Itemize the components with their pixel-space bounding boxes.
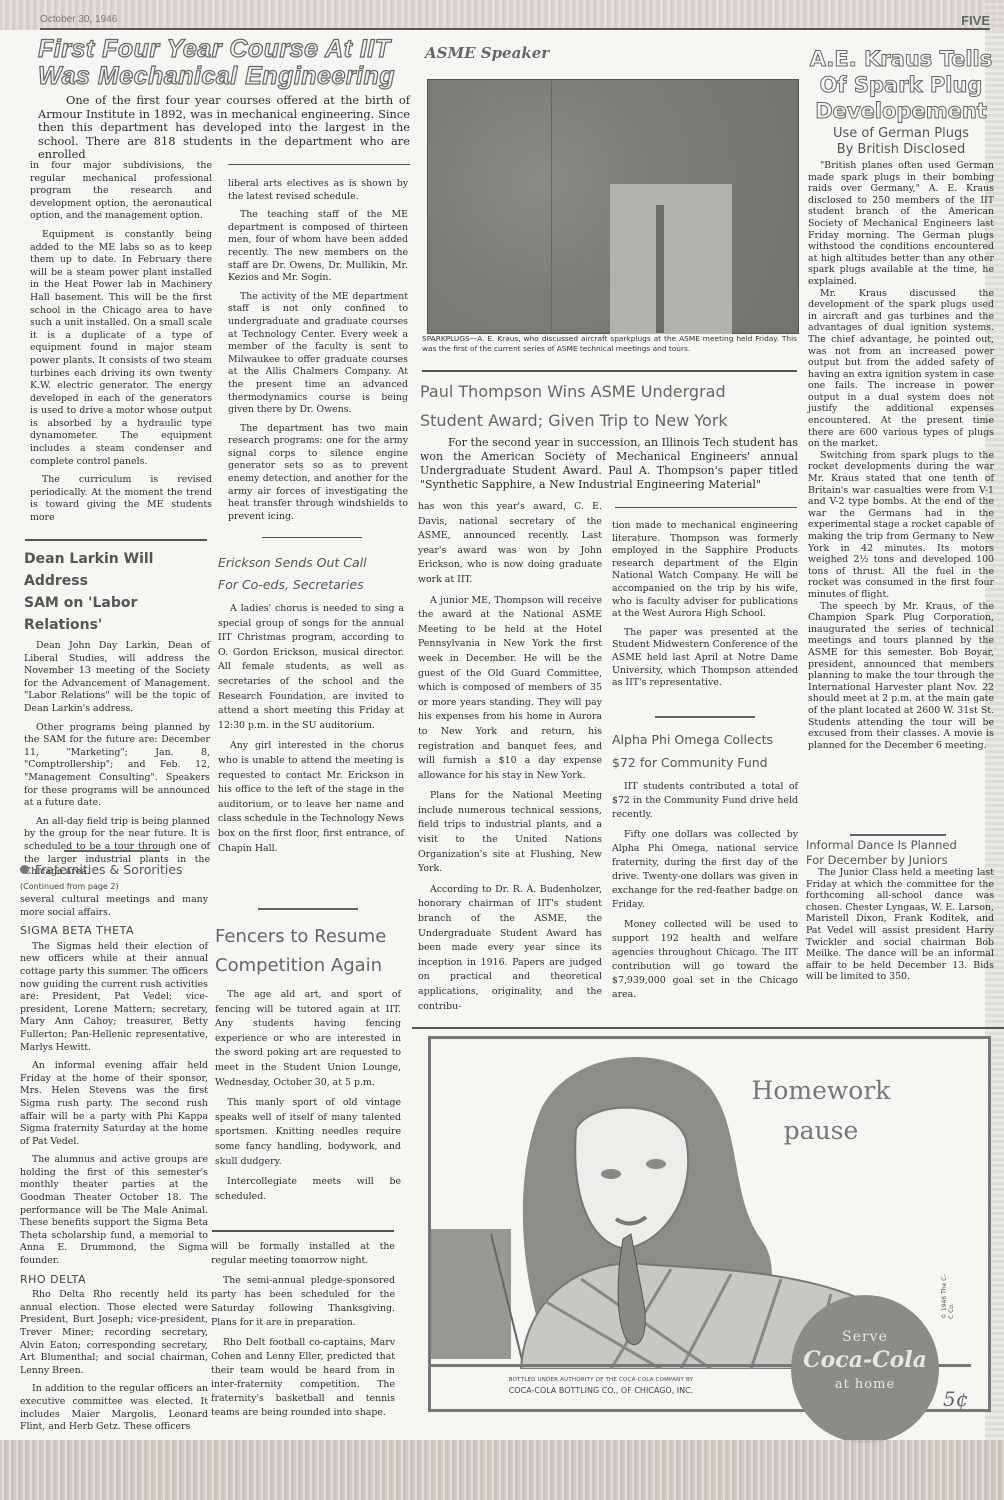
scan-edge-bottom bbox=[0, 1440, 1004, 1500]
paragraph: Mr. Kraus discussed the development of t… bbox=[808, 288, 994, 450]
photo-divider bbox=[551, 80, 552, 333]
folio-line: October 30, 1946 FIVE bbox=[40, 14, 990, 30]
headline-line: First Four Year Course At IIT bbox=[38, 36, 410, 63]
paragraph: Switching from spark plugs to the rocket… bbox=[808, 450, 994, 601]
sparkplug-shape bbox=[656, 205, 664, 333]
thompson-col1: has won this year's award, C. E. Davis, … bbox=[418, 500, 602, 1020]
paragraph: in four major subdivisions, the regular … bbox=[30, 160, 212, 223]
article-informal-dance: Informal Dance Is Planned For December b… bbox=[806, 838, 994, 989]
subheadline-line: By British Disclosed bbox=[808, 142, 994, 158]
paragraph: Money collected will be used to support … bbox=[612, 918, 798, 1002]
divider bbox=[412, 1027, 1004, 1029]
headline-line: SAM on 'Labor Relations' bbox=[24, 592, 210, 636]
article-dean-larkin: Dean Larkin Will Address SAM on 'Labor R… bbox=[24, 548, 210, 885]
divider bbox=[228, 164, 410, 165]
section-heading-sigma: SIGMA BETA THETA bbox=[20, 925, 208, 938]
coca-cola-advertisement: Homework pause Illustration of a young w… bbox=[428, 1036, 991, 1412]
photo-caption: SPARKPLUGS—A. E. Kraus, who discussed ai… bbox=[422, 334, 797, 353]
lead-paragraph: For the second year in succession, an Il… bbox=[420, 436, 798, 492]
headline: Paul Thompson Wins ASME Undergrad Studen… bbox=[420, 377, 798, 435]
paragraph: The department has two main research pro… bbox=[228, 423, 408, 524]
paragraph: The Junior Class held a meeting last Fri… bbox=[806, 867, 994, 983]
fraternities-continued-col: will be formally installed at the regula… bbox=[211, 1240, 395, 1426]
paragraph: A junior ME, Thompson will receive the a… bbox=[418, 594, 602, 784]
headline-line: Alpha Phi Omega Collects bbox=[612, 728, 798, 751]
me-course-col1: in four major subdivisions, the regular … bbox=[30, 160, 212, 531]
headline-line: Erickson Sends Out Call bbox=[218, 552, 404, 574]
me-course-col2: liberal arts electives as is shown by th… bbox=[228, 178, 408, 529]
article-body: IIT students contributed a total of $72 … bbox=[612, 780, 798, 1002]
lead-text: For the second year in succession, an Il… bbox=[420, 436, 798, 492]
price-tag: 5¢ bbox=[943, 1387, 968, 1411]
speaker-photo: Photo of A. E. Kraus with aircraft spark… bbox=[427, 79, 799, 334]
paragraph: This manly sport of old vintage speaks w… bbox=[215, 1096, 401, 1169]
paragraph: An informal evening affair held Friday a… bbox=[20, 1060, 208, 1148]
paragraph: IIT students contributed a total of $72 … bbox=[612, 780, 798, 822]
headline: A.E. Kraus Tells Of Spark Plug Developem… bbox=[808, 46, 994, 124]
copyright-note: © 1946 The C-C Co. bbox=[941, 1272, 955, 1319]
article-kraus: A.E. Kraus Tells Of Spark Plug Developem… bbox=[808, 46, 994, 751]
paragraph: Equipment is constantly being added to t… bbox=[30, 229, 212, 468]
headline-line: Dean Larkin Will Address bbox=[24, 548, 210, 592]
paragraph: The activity of the ME department staff … bbox=[228, 291, 408, 417]
continued-note: (Continued from page 2) bbox=[20, 882, 208, 891]
divider bbox=[655, 716, 755, 718]
paragraph: tion made to mechanical engineering lite… bbox=[612, 520, 798, 621]
paragraph: "British planes often used German made s… bbox=[808, 160, 994, 288]
headline: Fencers to Resume Competition Again bbox=[215, 922, 401, 980]
article-alpha-phi-omega: Alpha Phi Omega Collects $72 for Communi… bbox=[612, 728, 798, 1008]
headline-line: $72 for Community Fund bbox=[612, 751, 798, 774]
divider bbox=[262, 537, 362, 538]
paragraph: In addition to the regular officers an e… bbox=[20, 1383, 208, 1433]
article-me-course: First Four Year Course At IIT Was Mechan… bbox=[38, 36, 410, 162]
paragraph: The curriculum is revised periodically. … bbox=[30, 474, 212, 524]
divider bbox=[422, 370, 797, 372]
section-heading-rho: RHO DELTA bbox=[20, 1274, 208, 1287]
subheadline-line: Use of German Plugs bbox=[808, 126, 994, 142]
ad-footer: BOTTLED UNDER AUTHORITY OF THE COCA-COLA… bbox=[471, 1377, 731, 1395]
headline-line: Informal Dance Is Planned bbox=[806, 838, 994, 853]
headline-line: Competition Again bbox=[215, 951, 401, 980]
paragraph: According to Dr. R. A. Budenholzer, hono… bbox=[418, 883, 602, 1014]
paragraph: liberal arts electives as is shown by th… bbox=[228, 178, 408, 203]
headline-line: A.E. Kraus Tells bbox=[808, 46, 994, 72]
bullet-icon bbox=[20, 865, 29, 874]
article-body: The Junior Class held a meeting last Fri… bbox=[806, 867, 994, 983]
paragraph: The Sigmas held their election of new of… bbox=[20, 941, 208, 1054]
divider bbox=[615, 507, 797, 508]
disc-at-home-text: at home bbox=[791, 1377, 939, 1392]
headline-line: Student Award; Given Trip to New York bbox=[420, 406, 798, 435]
headline: Erickson Sends Out Call For Co-eds, Secr… bbox=[218, 552, 404, 596]
headline: Dean Larkin Will Address SAM on 'Labor R… bbox=[24, 548, 210, 636]
paragraph: The semi-annual pledge-sponsored party h… bbox=[211, 1274, 395, 1330]
headline: First Four Year Course At IIT Was Mechan… bbox=[38, 36, 410, 90]
headline: Fraternities & Sororities bbox=[20, 860, 208, 880]
paragraph: Plans for the National Meeting include n… bbox=[418, 789, 602, 877]
paragraph: Fifty one dollars was collected by Alpha… bbox=[612, 828, 798, 912]
headline-line: Developement bbox=[808, 98, 994, 124]
article-body: The age ald art, and sport of fencing wi… bbox=[215, 988, 401, 1204]
divider bbox=[850, 834, 946, 836]
paragraph: Dean John Day Larkin, Dean of Liberal St… bbox=[24, 640, 210, 716]
photo-headline: ASME Speaker bbox=[425, 44, 795, 62]
divider bbox=[64, 850, 160, 852]
article-body: "British planes often used German made s… bbox=[808, 160, 994, 751]
headline-line: Of Spark Plug bbox=[808, 72, 994, 98]
newspaper-page: October 30, 1946 FIVE First Four Year Co… bbox=[0, 0, 1004, 1500]
paragraph: The teaching staff of the ME department … bbox=[228, 209, 408, 285]
headline: Alpha Phi Omega Collects $72 for Communi… bbox=[612, 728, 798, 774]
article-body: A ladies' chorus is needed to sing a spe… bbox=[218, 602, 404, 856]
divider bbox=[25, 539, 207, 541]
headline-line: Fencers to Resume bbox=[215, 922, 401, 951]
lead-paragraph: One of the first four year courses offer… bbox=[38, 94, 410, 162]
headline-line: For December by Juniors bbox=[806, 853, 994, 868]
coca-cola-logo: Coca-Cola bbox=[791, 1347, 939, 1373]
thompson-col2: tion made to mechanical engineering lite… bbox=[612, 520, 798, 696]
lead-text: One of the first four year courses offer… bbox=[38, 94, 410, 162]
divider bbox=[212, 1230, 394, 1232]
paragraph: The alumnus and active groups are holdin… bbox=[20, 1154, 208, 1267]
paragraph: Other programs being planned by the SAM … bbox=[24, 722, 210, 810]
paragraph: The age ald art, and sport of fencing wi… bbox=[215, 988, 401, 1090]
paragraph: Rho Delta Rho recently held its annual e… bbox=[20, 1289, 208, 1377]
article-body: several cultural meetings and many more … bbox=[20, 894, 208, 1434]
headline-line: Was Mechanical Engineering bbox=[38, 63, 410, 90]
disc-serve-text: Serve bbox=[791, 1329, 939, 1345]
article-thompson: Paul Thompson Wins ASME Undergrad Studen… bbox=[420, 377, 798, 492]
article-fraternities: Fraternities & Sororities (Continued fro… bbox=[20, 860, 208, 1440]
serve-coca-cola-disc: Serve Coca-Cola at home bbox=[791, 1295, 939, 1443]
sparkplug-display-board bbox=[610, 184, 732, 334]
ad-footer-line: COCA-COLA BOTTLING CO., OF CHICAGO, INC. bbox=[471, 1386, 731, 1395]
issue-date: October 30, 1946 bbox=[40, 14, 117, 25]
headline: Informal Dance Is Planned For December b… bbox=[806, 838, 994, 867]
article-body: Dean John Day Larkin, Dean of Liberal St… bbox=[24, 640, 210, 879]
paragraph: Any girl interested in the chorus who is… bbox=[218, 739, 404, 856]
paragraph: Rho Delt football co-captains, Marv Cohe… bbox=[211, 1336, 395, 1420]
article-fencers: Fencers to Resume Competition Again The … bbox=[215, 922, 401, 1210]
paragraph: The paper was presented at the Student M… bbox=[612, 627, 798, 690]
paragraph: will be formally installed at the regula… bbox=[211, 1240, 395, 1268]
page-number: FIVE bbox=[961, 13, 990, 28]
article-asme-speaker: ASME Speaker bbox=[425, 44, 795, 62]
ad-footer-line: BOTTLED UNDER AUTHORITY OF THE COCA-COLA… bbox=[471, 1377, 731, 1383]
paragraph: several cultural meetings and many more … bbox=[20, 894, 208, 919]
paragraph: The speech by Mr. Kraus, of the Champion… bbox=[808, 601, 994, 752]
paragraph: A ladies' chorus is needed to sing a spe… bbox=[218, 602, 404, 733]
headline-line: Paul Thompson Wins ASME Undergrad bbox=[420, 377, 798, 406]
subheadline: Use of German Plugs By British Disclosed bbox=[808, 126, 994, 158]
divider bbox=[258, 908, 358, 910]
article-erickson: Erickson Sends Out Call For Co-eds, Secr… bbox=[218, 552, 404, 862]
paragraph: Intercollegiate meets will be scheduled. bbox=[215, 1175, 401, 1204]
paragraph: has won this year's award, C. E. Davis, … bbox=[418, 500, 602, 588]
headline-line: For Co-eds, Secretaries bbox=[218, 574, 404, 596]
headline-text: Fraternities & Sororities bbox=[35, 862, 183, 877]
